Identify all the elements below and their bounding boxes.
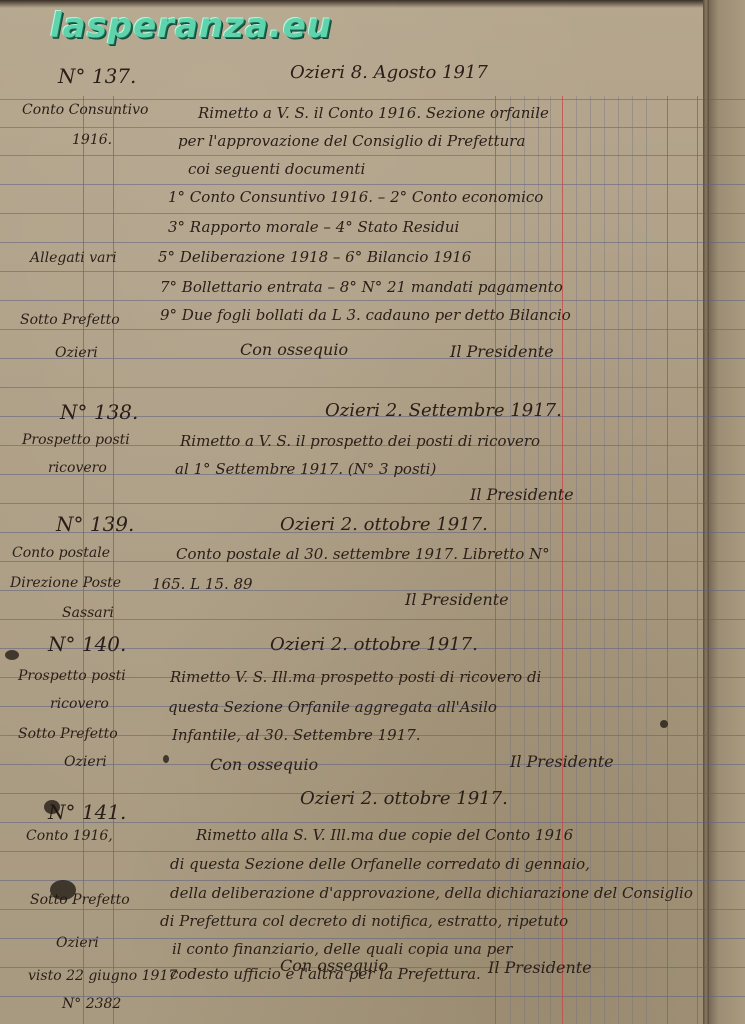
- entry-body-line: Rimetto a V. S. il prospetto dei posti d…: [180, 432, 540, 450]
- entry-body-line: al 1° Settembre 1917. (N° 3 posti): [175, 460, 436, 478]
- entry-body-line: 9° Due fogli bollati da L 3. cadauno per…: [160, 306, 571, 324]
- ruled-line: [0, 329, 745, 330]
- margin-note: Conto postale: [12, 545, 110, 561]
- watermark-logo: lasperanza.eu: [50, 6, 332, 46]
- entry-body-line: 1° Conto Consuntivo 1916. – 2° Conto eco…: [168, 188, 543, 206]
- ink-blot: [163, 755, 169, 763]
- entry-date: Ozieri 8. Agosto 1917: [290, 62, 488, 83]
- margin-note: Ozieri: [55, 345, 98, 361]
- ruled-line: [0, 300, 745, 301]
- margin-note: Conto Consuntivo: [22, 102, 148, 118]
- margin-line: [113, 96, 114, 1024]
- margin-note: ricovero: [48, 460, 107, 476]
- entry-body-line: per l'approvazione del Consiglio di Pref…: [178, 132, 525, 150]
- ruled-line: [0, 851, 745, 852]
- ruled-line: [0, 909, 745, 910]
- entry-number: N° 140.: [48, 632, 126, 656]
- ruled-line: [0, 184, 745, 185]
- entry-body-line: 3° Rapporto morale – 4° Stato Residui: [168, 218, 459, 236]
- margin-note: Ozieri: [56, 935, 99, 951]
- ruled-line: [0, 938, 745, 939]
- entry-number: N° 137.: [58, 64, 136, 88]
- ink-blot: [660, 720, 668, 728]
- ruled-line: [0, 155, 745, 156]
- closing: Con ossequio: [210, 755, 318, 774]
- entry-date: Ozieri 2. ottobre 1917.: [280, 514, 488, 535]
- ruled-line: [0, 213, 745, 214]
- page-binding: [703, 0, 709, 1024]
- margin-note: Sotto Prefetto: [20, 312, 120, 328]
- entry-body-line: coi seguenti documenti: [188, 160, 365, 178]
- signature: Il Presidente: [488, 958, 592, 977]
- signature: Il Presidente: [510, 752, 614, 771]
- entry-body-line: 7° Bollettario entrata – 8° N° 21 mandat…: [160, 278, 563, 296]
- ruled-line: [0, 99, 745, 100]
- ink-blot: [50, 880, 76, 900]
- margin-note: visto 22 giugno 1917: [28, 968, 177, 984]
- entry-date: Ozieri 2. ottobre 1917.: [300, 788, 508, 809]
- margin-note: Sotto Prefetto: [30, 892, 130, 908]
- signature: Il Presidente: [450, 342, 554, 361]
- margin-note: Sassari: [62, 605, 114, 621]
- closing: Con ossequio: [240, 340, 348, 359]
- entry-body-line: Rimetto alla S. V. Ill.ma due copie del …: [196, 826, 573, 844]
- ruled-line: [0, 880, 745, 881]
- ruled-line: [0, 242, 745, 243]
- entry-body-line: Conto postale al 30. settembre 1917. Lib…: [176, 545, 550, 563]
- signature: Il Presidente: [405, 590, 509, 609]
- entry-body-line: Rimetto a V. S. il Conto 1916. Sezione o…: [198, 104, 549, 122]
- margin-note: Prospetto posti: [18, 668, 126, 684]
- entry-number: N° 138.: [60, 400, 138, 424]
- ink-blot: [5, 650, 19, 660]
- entry-body-line: di questa Sezione delle Orfanelle corred…: [170, 855, 590, 873]
- entry-date: Ozieri 2. Settembre 1917.: [325, 400, 562, 421]
- margin-note: Ozieri: [64, 754, 107, 770]
- entry-body-line: Rimetto V. S. Ill.ma prospetto posti di …: [170, 668, 541, 686]
- closing: Con ossequio: [280, 956, 388, 975]
- margin-note: ricovero: [50, 696, 109, 712]
- entry-body-line: questa Sezione Orfanile aggregata all'As…: [168, 698, 497, 716]
- entry-body-line: Infantile, al 30. Settembre 1917.: [172, 726, 421, 744]
- column-line: [697, 96, 698, 1024]
- entry-body-line: di Prefettura col decreto di notifica, e…: [160, 912, 568, 930]
- entry-body-line: della deliberazione d'approvazione, dell…: [170, 884, 693, 902]
- entry-number: N° 141.: [48, 800, 126, 824]
- margin-note: Direzione Poste: [10, 575, 121, 591]
- margin-note: 1916.: [72, 132, 112, 148]
- signature: Il Presidente: [470, 485, 574, 504]
- entry-body-line: 165. L 15. 89: [152, 575, 253, 593]
- ruled-line: [0, 127, 745, 128]
- ink-blot: [44, 800, 60, 814]
- next-page-edge: [707, 0, 745, 1024]
- margin-note: Conto 1916,: [26, 828, 113, 844]
- margin-note: N° 2382: [62, 996, 121, 1012]
- ruled-line: [0, 764, 745, 765]
- margin-note: Sotto Prefetto: [18, 726, 118, 742]
- ruled-line: [0, 271, 745, 272]
- entry-number: N° 139.: [56, 512, 134, 536]
- ruled-line: [0, 358, 745, 359]
- ruled-line: [0, 387, 745, 388]
- margin-note: Prospetto posti: [22, 432, 130, 448]
- entry-date: Ozieri 2. ottobre 1917.: [270, 634, 478, 655]
- ruled-line: [0, 503, 745, 504]
- entry-body-line: 5° Deliberazione 1918 – 6° Bilancio 1916: [158, 248, 471, 266]
- margin-note: Allegati vari: [30, 250, 117, 266]
